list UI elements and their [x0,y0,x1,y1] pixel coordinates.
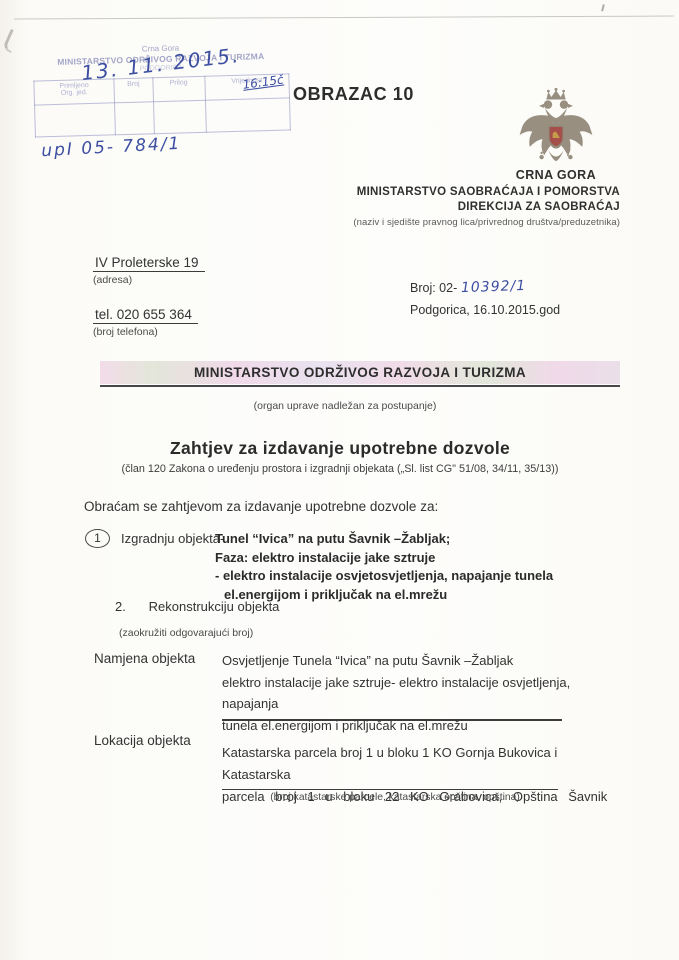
scan-edge-line [14,16,674,20]
item2: 2. Rekonstrukciju objekta [115,599,279,614]
reference-place-date: Podgorica, 16.10.2015.god [410,299,560,321]
stamp-cell-empty-1 [35,103,116,137]
reference-number-handwritten: 10392/1 [460,275,526,299]
applicant-header: CRNA GORA MINISTARSTVO SAOBRAĆAJA I POMO… [300,168,620,228]
stamp-col-prilog: Prilog [152,76,205,101]
purpose-label: Namjena objekta [94,651,195,666]
location-line1: Katastarska parcela broj 1 u bloku 1 KO … [222,742,614,786]
item1-object-description: Tunel “Ivica” na putu Šavnik –Žabljak; F… [215,530,635,604]
form-code-title: OBRAZAC 10 [293,84,414,105]
item1-label: Izgradnju objekta- [121,531,224,546]
purpose-description: Osvjetljenje Tunela “Ivica” na putu Šavn… [222,650,612,736]
location-underline [222,789,558,790]
location-label: Lokacija objekta [94,733,191,748]
request-title: Zahtjev za izdavanje upotrebne dozvole [60,438,620,459]
location-caption: (broj katastarske parcele, katastarska o… [230,792,560,803]
applicant-directorate: DIREKCIJA ZA SAOBRAĆAJ [300,201,620,213]
stamp-cell-empty-4 [205,98,290,132]
intro-sentence: Obraćam se zahtjevom za izdavanje upotre… [84,499,438,514]
reference-number-printed: Broj: 02- [410,281,457,295]
applicant-ministry: MINISTARSTVO SAOBRAĆAJA I POMORSTVA [300,186,620,198]
reference-block: Broj: 02- 10392/1 Podgorica, 16.10.2015.… [410,277,560,321]
applicant-caption: (naziv i sjedište pravnog lica/privredno… [300,217,620,228]
item1-line3: - elektro instalacije osvjetosvjetljenja… [215,567,635,586]
stamp-col-broj: Broj [114,78,153,103]
item2-number: 2. [115,599,145,614]
reference-number-line: Broj: 02- 10392/1 [410,277,560,299]
purpose-line1: Osvjetljenje Tunela “Ivica” na putu Šavn… [222,650,612,672]
item1-line2: Faza: elektro instalacije jake sztruje [215,549,635,568]
address-value: IV Proleterske 19 [93,255,205,272]
scanned-form-page: Crna Gora MINISTARSTVO ODRŽIVOG RAZVOJA … [0,0,679,960]
stamp-cell-empty-2 [115,102,154,135]
address-field: IV Proleterske 19 (adresa) [93,254,205,286]
item2-label: Rekonstrukciju objekta [149,599,280,614]
scan-artifact [598,3,605,11]
authority-band-wrap: MINISTARSTVO ODRŽIVOG RAZVOJA I TURIZMA [100,361,620,387]
phone-value: tel. 020 655 364 [93,307,198,324]
authority-caption: (organ uprave nadležan za postupanje) [150,400,540,412]
request-legal-basis: (član 120 Zakona o uređenju prostora i i… [30,463,650,475]
phone-caption: (broj telefona) [93,326,198,338]
receipt-stamp: Crna Gora MINISTARSTVO ODRŽIVOG RAZVOJA … [32,40,291,161]
circle-instruction-note: (zaokružiti odgovarajući broj) [119,627,253,639]
stamp-handwritten-case-number: upI 05- 784/1 [41,134,182,162]
item1-line1: Tunel “Ivica” na putu Šavnik –Žabljak; [215,530,635,549]
purpose-underline [222,719,562,721]
phone-field: tel. 020 655 364 (broj telefona) [93,306,198,338]
authority-name: MINISTARSTVO ODRŽIVOG RAZVOJA I TURIZMA [100,361,620,384]
scan-corner-artifact [2,29,20,53]
applicant-country: CRNA GORA [300,168,620,182]
stamp-cell-empty-3 [153,100,206,133]
purpose-line2: elektro instalacije jake sztruje- elektr… [222,672,612,715]
address-caption: (adresa) [93,274,205,286]
montenegro-coat-of-arms-icon [512,86,600,174]
stamp-header-orgjed: Org. jed. [61,89,88,97]
item1-circled-number: 1 [85,529,110,548]
purpose-line3: tunela el.energijom i priključak na el.m… [222,715,612,737]
